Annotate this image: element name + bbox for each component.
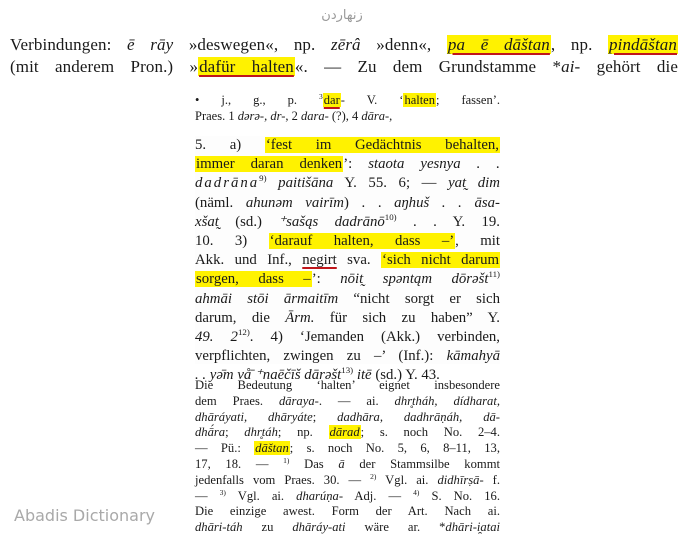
text: ; np. (278, 425, 329, 439)
text: (näml. (195, 195, 246, 211)
highlight-immer-daran-denken: immer daran denken (195, 156, 343, 172)
text-italic: dhā́ra (195, 425, 225, 439)
text: Die Bedeutung ‘halten’ eignet insbesonde… (195, 378, 500, 392)
excerpt2-line-11: 49. 212). 4) ‘Jemanden (Akk.) verbinden, (195, 328, 500, 347)
text-italic: ē rāy (127, 35, 173, 54)
text-italic: ai- (561, 57, 580, 76)
text-italic: yat̰ dim (448, 175, 500, 191)
text-italic: dadrāna (195, 175, 259, 191)
text-italic: xšat̰ (195, 214, 219, 230)
text-italic: dāra- (361, 109, 389, 123)
excerpt-entry-header: • j., g., p. 3dar- V. ‘halten; fassen’. … (195, 92, 500, 124)
highlight-darauf-halten: ‘darauf halten, dass –’ (269, 233, 456, 249)
excerpt3-line-7: jedenfalls vom Praes. 30. — 2) Vgl. ai. … (195, 473, 500, 489)
text-italic: didhīrṣā- (437, 473, 483, 487)
highlight-sorgen-dass: sorgen, dass – (195, 271, 312, 287)
text: - V. ‘ (341, 93, 404, 107)
text: Praes. 1 (195, 109, 238, 123)
excerpt3-line-3: dhāráyati, dhāryáte; dadhāra, dadhrāṇáh,… (195, 410, 500, 426)
excerpt2-line-5: xšat̰ (sd.) ⁺sašąs dadrānō10) . . Y. 19. (195, 213, 500, 232)
excerpt3-line-6: 17, 18. — 1) Das ā der Stammsilbe kommt (195, 457, 500, 473)
text: (sd.) (219, 214, 279, 230)
text: gehört die (580, 57, 678, 76)
text: Verbindungen: (10, 35, 127, 54)
intro-line-2: (mit anderem Pron.) »dafür halten«. — Zu… (10, 56, 678, 78)
text: , np. (551, 35, 608, 54)
text: Die einzige awest. Form der Art. Nach ai… (195, 504, 500, 518)
highlight-dar: dar (323, 93, 341, 107)
text-italic: dadhāra, dadhrāṇáh, dā- (337, 410, 500, 424)
text-italic: dərə-, dr- (238, 109, 286, 123)
text: ; s. noch No. 2–4. (361, 425, 500, 439)
text-italic: dhāri-táh (195, 520, 243, 534)
page-title: زنهاردن (0, 8, 684, 23)
text: der Stammsilbe kommt (345, 457, 500, 471)
text: verpflichten, zwingen zu –’ (Inf.): (195, 348, 447, 364)
excerpt2-line-8: sorgen, dass –’: nōit̰ spəntąm dōrəšt11) (195, 270, 500, 289)
text-italic: ⁺sašąs dadrānō (278, 214, 384, 230)
text: f. (484, 473, 500, 487)
text-italic: dhr̥tháh, dídharat, (395, 394, 500, 408)
superscript: 12) (238, 327, 250, 337)
text: . . Y. 19. (397, 214, 500, 230)
excerpt3-line-8: — 3) Vgl. ai. dharúṇa- Adj. — 4) S. No. … (195, 489, 500, 505)
text-italic: paitišāna (267, 175, 334, 191)
text: dem Praes. (195, 394, 279, 408)
excerpt2-line-7: Akk. und Inf., negirt sva. ‘sich nicht d… (195, 251, 500, 270)
text: ’: (312, 271, 341, 287)
text: , (389, 109, 392, 123)
text-italic: nōit̰ spəntąm dōrəšt (340, 271, 488, 287)
text-italic: dhāráy-ati (292, 520, 345, 534)
text: . 4) ‘Jemanden (Akk.) verbinden, (250, 329, 500, 345)
excerpt1-line-2: Praes. 1 dərə-, dr-, 2 dara- (?), 4 dāra… (195, 108, 500, 124)
text: — Pü.: (195, 441, 254, 455)
text: — (195, 489, 220, 503)
text: sva. (337, 252, 381, 268)
text: ; (225, 425, 244, 439)
text: (?), 4 (329, 109, 362, 123)
text: Das (289, 457, 338, 471)
text: darum, die (195, 310, 285, 326)
highlight-darad: dārad (329, 425, 361, 439)
text: für sich zu haben” Y. (314, 310, 500, 326)
text: «. — Zu dem Grundstamme * (295, 57, 561, 76)
excerpt1-line-1: • j., g., p. 3dar- V. ‘halten; fassen’. (195, 92, 500, 108)
text-italic: 49. 2 (195, 329, 238, 345)
superscript: 11) (488, 270, 500, 280)
text: 17, 18. — (195, 457, 283, 471)
excerpt-notes: Die Bedeutung ‘halten’ eignet insbesonde… (195, 378, 500, 534)
text: , 2 (285, 109, 301, 123)
watermark-logo: Abadis Dictionary (14, 506, 155, 525)
text: zu (243, 520, 293, 534)
text-italic: aŋhuš . . āsa- (394, 195, 500, 211)
highlight-halten: halten (403, 93, 436, 107)
excerpt2-line-9: ahmāi stōi ārmaitīm “nicht sorgt er sich (195, 290, 500, 309)
excerpt2-line-1: 5. a) ‘fest im Gedächtnis behalten, (195, 136, 500, 155)
excerpt2-line-3: dadrāna9) paitišāna Y. 55. 6; — yat̰ dim (195, 174, 500, 193)
text-italic: kāmahyā (447, 348, 500, 364)
text-italic: zērâ (331, 35, 361, 54)
excerpt3-line-4: dhā́ra; dhr̥táh; np. dārad; s. noch No. … (195, 425, 500, 441)
text-italic: dhr̥táh (244, 425, 278, 439)
excerpt3-line-10: dhāri-táh zu dhāráy-ati wäre ar. *dhāri-… (195, 520, 500, 534)
text: »deswegen«, np. (173, 35, 331, 54)
text-italic: staota yesnya . . (368, 156, 500, 172)
text: »denn«, (361, 35, 447, 54)
text: 5. a) (195, 137, 265, 153)
text-italic: Ārm. (285, 310, 314, 326)
text: Adj. — (343, 489, 413, 503)
text: ; s. noch No. 5, 6, 8–11, 13, (290, 441, 500, 455)
text: (mit anderem Pron.) » (10, 57, 198, 76)
text: • j., g., p. (195, 93, 319, 107)
text: ) . . (344, 195, 394, 211)
underline-negirt: negirt (302, 252, 337, 268)
highlight-sich-nicht-darum: ‘sich nicht darum (381, 252, 500, 268)
text: Y. 55. 6; — (333, 175, 448, 191)
intro-paragraph: Verbindungen: ē rāy »deswegen«, np. zērâ… (10, 34, 678, 78)
text: . — ai. (319, 394, 395, 408)
excerpt2-line-2: immer daran denken’: staota yesnya . . (195, 155, 500, 174)
text: ’: (343, 156, 368, 172)
text: jedenfalls vom Praes. 30. — (195, 473, 370, 487)
text: , mit (455, 233, 500, 249)
excerpt3-line-9: Die einzige awest. Form der Art. Nach ai… (195, 504, 500, 520)
superscript: 13) (341, 366, 353, 376)
excerpt3-line-5: — Pü.: dāštan; s. noch No. 5, 6, 8–11, 1… (195, 441, 500, 457)
text-italic: dhāri-i̯atai (445, 520, 500, 534)
text: “nicht sorgt er sich (338, 291, 500, 307)
superscript: 10) (385, 212, 397, 222)
text-italic: dhāráyati, dhāryáte (195, 410, 313, 424)
highlight-fest-im-gedachtnis: ‘fest im Gedächtnis behalten, (265, 137, 500, 153)
excerpt3-line-2: dem Praes. dāraya-. — ai. dhr̥tháh, dídh… (195, 394, 500, 410)
text-italic: ahmāi stōi ārmaitīm (195, 291, 338, 307)
excerpt3-line-1: Die Bedeutung ‘halten’ eignet insbesonde… (195, 378, 500, 394)
excerpt2-line-10: darum, die Ārm. für sich zu haben” Y. (195, 309, 500, 328)
superscript: 9) (259, 173, 266, 183)
text-italic: dāraya- (279, 394, 319, 408)
text-italic: ahunəm vairīm (246, 195, 344, 211)
text: Vgl. ai. (376, 473, 437, 487)
excerpt2-line-6: 10. 3) ‘darauf halten, dass –’, mit (195, 232, 500, 251)
text: ; fassen’. (436, 93, 500, 107)
intro-line-1: Verbindungen: ē rāy »deswegen«, np. zērâ… (10, 34, 678, 56)
excerpt-meanings: 5. a) ‘fest im Gedächtnis behalten, imme… (195, 136, 500, 364)
text: wäre ar. * (346, 520, 446, 534)
highlight-dafur-halten: dafür halten (198, 57, 295, 76)
text: ; (313, 410, 337, 424)
text: 10. 3) (195, 233, 269, 249)
text: Akk. und Inf., (195, 252, 302, 268)
highlight-dastan: dāštan (254, 441, 290, 455)
text: S. No. 16. (419, 489, 500, 503)
highlight-pindastan: pindāštan (608, 35, 678, 54)
text-italic: dharúṇa- (296, 489, 343, 503)
excerpt2-line-12: verpflichten, zwingen zu –’ (Inf.): kāma… (195, 347, 500, 366)
text: Vgl. ai. (226, 489, 296, 503)
text-italic: dara- (301, 109, 329, 123)
excerpt2-line-4: (näml. ahunəm vairīm) . . aŋhuš . . āsa- (195, 194, 500, 213)
highlight-pa-e-dastan: pa ē dāštan (447, 35, 551, 54)
